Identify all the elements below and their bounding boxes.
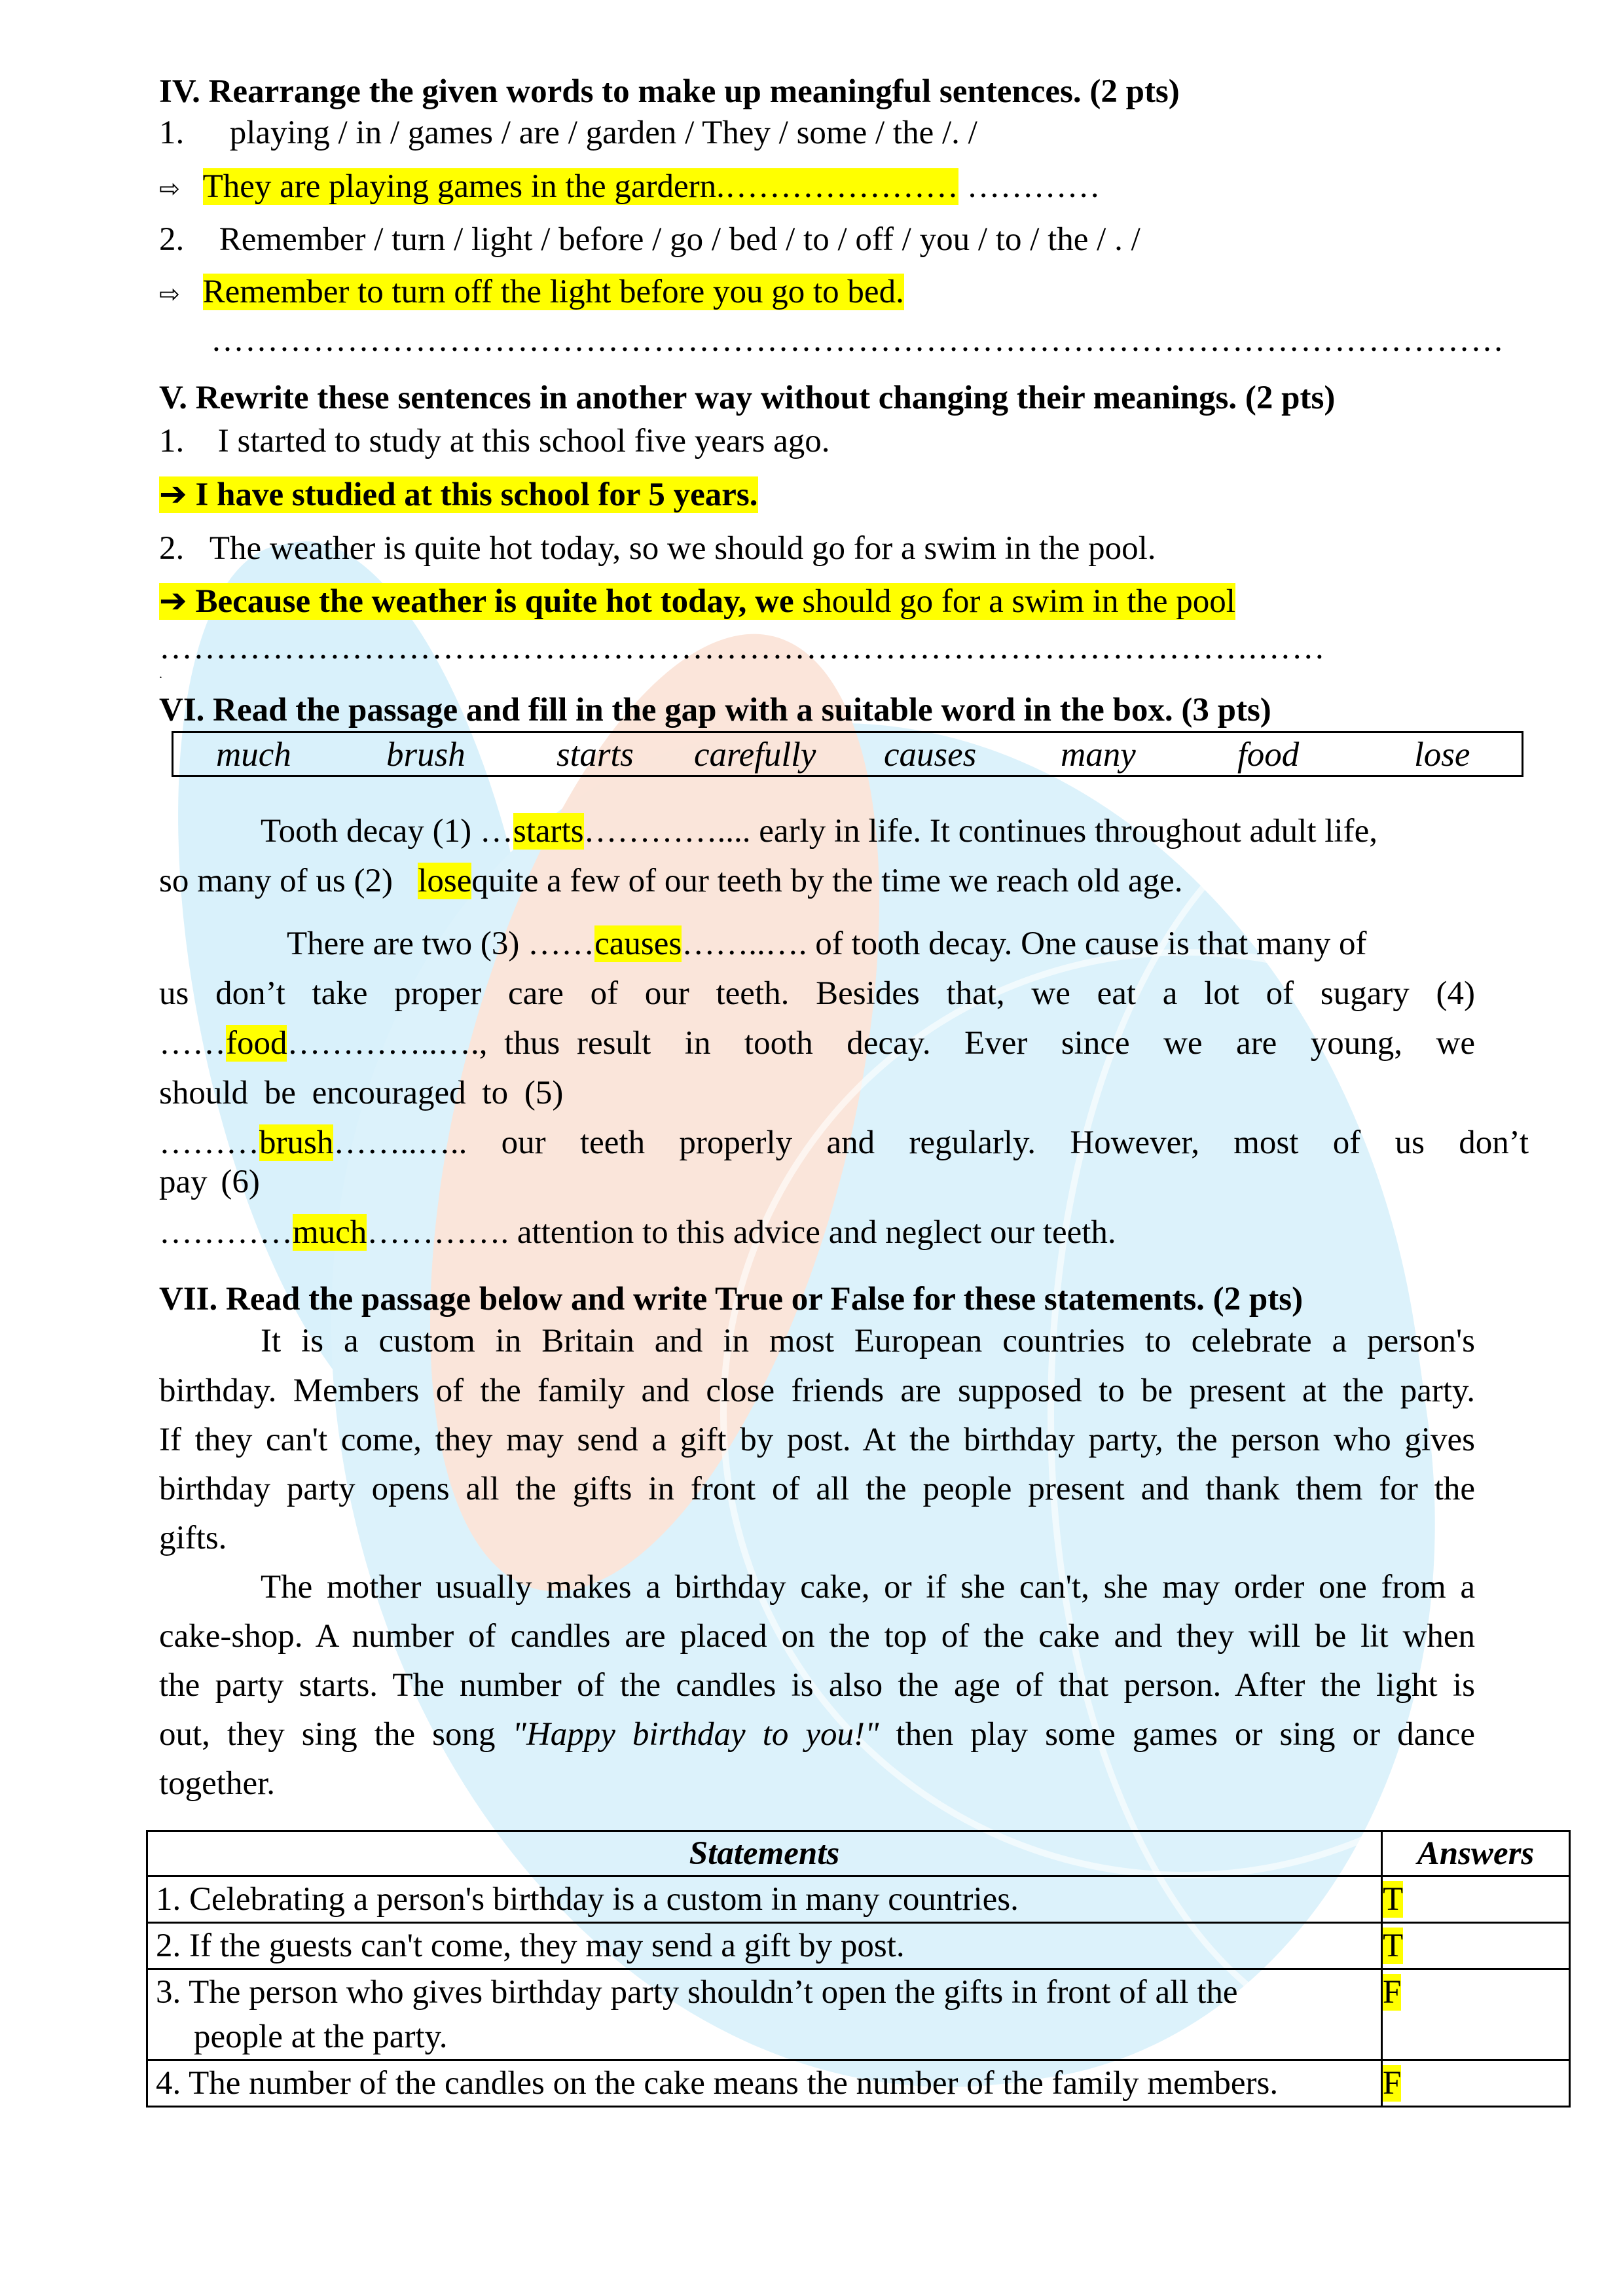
arrow-right-outline-icon: ⇨ <box>159 279 180 308</box>
text: Tooth decay (1) … <box>261 813 513 850</box>
passage-line: pay (6) <box>159 1162 260 1202</box>
table-row: 2. If the guests can't come, they may se… <box>147 1923 1570 1969</box>
dotted-line: …………………………………………………………………………………………………… <box>211 321 1504 360</box>
passage-line: Tooth decay (1) …starts………….... early in… <box>261 812 1377 851</box>
filled-answer: food <box>226 1025 287 1062</box>
text: There are two (3) …… <box>287 925 594 962</box>
section-v-heading: V. Rewrite these sentences in another wa… <box>159 378 1335 418</box>
passage-line: together. <box>159 1764 275 1803</box>
item-number: 1. <box>159 423 184 459</box>
filled-answer: causes <box>594 925 682 962</box>
arrow-right-icon: ➔ <box>159 582 187 620</box>
answer-cell[interactable]: F <box>1382 1969 1570 2060</box>
passage-line: so many of us (2) losequite a few of our… <box>159 861 1183 901</box>
word-box: much brush starts carefully causes many … <box>172 731 1523 777</box>
worksheet-page: IV. Rearrange the given words to make up… <box>0 0 1623 2296</box>
answer-cell[interactable]: T <box>1382 1923 1570 1969</box>
word-box-item: lose <box>1414 735 1470 774</box>
passage-line: birthday party opens all the gifts in fr… <box>159 1469 1475 1509</box>
section-iv-item-2: 2. Remember / turn / light / before / go… <box>159 220 1140 259</box>
table-header-row: Statements Answers <box>147 1831 1570 1876</box>
answer-text: Remember to turn off the light before yo… <box>203 274 904 310</box>
text: out, they sing the song <box>159 1716 512 1753</box>
answer-text: I have studied at this school for 5 year… <box>195 476 757 513</box>
filled-answer: lose <box>418 863 471 899</box>
word-box-item: starts <box>556 735 634 774</box>
passage-line: ……food…………..…., thus result in tooth dec… <box>159 1024 1475 1063</box>
filled-answer: much <box>293 1214 367 1251</box>
item-prompt: The weather is quite hot today, so we sh… <box>210 530 1156 567</box>
statement-cell: 1. Celebrating a person's birthday is a … <box>147 1876 1382 1923</box>
statement-text-cont: people at the party. <box>156 2015 1373 2059</box>
answer-value: T <box>1383 1881 1403 1918</box>
answer-value: F <box>1383 1974 1401 2011</box>
dotted-line: …………………………………………………………………………………….…… <box>159 628 1326 668</box>
text: ……..…. of tooth decay. One cause is that… <box>682 925 1366 962</box>
passage-line: the party starts. The number of the cand… <box>159 1666 1475 1705</box>
passage-line: gifts. <box>159 1518 227 1558</box>
section-iv-answer-1: ⇨ They are playing games in the gardern.… <box>159 167 1101 208</box>
section-v-item-1: 1. I started to study at this school fiv… <box>159 422 830 461</box>
passage-line: If they can't come, they may send a gift… <box>159 1420 1475 1460</box>
section-v-answer-1: ➔ I have studied at this school for 5 ye… <box>159 475 758 514</box>
song-title: "Happy birthday to you!" <box>512 1716 879 1753</box>
passage-line: There are two (3) ……causes……..…. of toot… <box>287 924 1366 963</box>
section-iv-answer-2: ⇨ Remember to turn off the light before … <box>159 272 904 314</box>
word-box-item: brush <box>386 735 465 774</box>
answer-value: T <box>1383 1928 1403 1964</box>
text: ………… <box>159 1214 293 1251</box>
passage-line: birthday. Members of the family and clos… <box>159 1371 1475 1410</box>
passage-line: should be encouraged to (5) <box>159 1073 563 1113</box>
text: so many of us (2) <box>159 863 418 899</box>
item-number: 2. <box>159 221 184 258</box>
arrow-right-icon: ➔ <box>159 475 187 514</box>
answer-cell[interactable]: T <box>1382 1876 1570 1923</box>
header-statements: Statements <box>147 1831 1382 1876</box>
table-row: 1. Celebrating a person's birthday is a … <box>147 1876 1570 1923</box>
section-iv-item-1: 1. playing / in / games / are / garden /… <box>159 113 977 152</box>
word-box-item: food <box>1237 735 1299 774</box>
word-box-item: many <box>1061 735 1136 774</box>
answer-value: F <box>1383 2065 1401 2102</box>
header-answers: Answers <box>1382 1831 1570 1876</box>
passage-line: out, they sing the song "Happy birthday … <box>159 1715 1475 1754</box>
section-v-answer-2: ➔ Because the weather is quite hot today… <box>159 582 1235 621</box>
statement-cell: 2. If the guests can't come, they may se… <box>147 1923 1382 1969</box>
item-prompt: I started to study at this school five y… <box>218 423 830 459</box>
word-box-item: much <box>216 735 291 774</box>
passage-line: cake-shop. A number of candles are place… <box>159 1617 1475 1656</box>
true-false-table: Statements Answers 1. Celebrating a pers… <box>146 1830 1571 2108</box>
passage-line: The mother usually makes a birthday cake… <box>261 1568 1475 1607</box>
text: ………….... early in life. It continues thr… <box>584 813 1377 850</box>
text: ……..….. our teeth properly and regularly… <box>333 1124 1529 1161</box>
section-vii-heading: VII. Read the passage below and write Tr… <box>159 1280 1303 1319</box>
passage-line: …………much…………. attention to this advice a… <box>159 1213 1116 1252</box>
section-iv-heading: IV. Rearrange the given words to make up… <box>159 72 1180 111</box>
text: …………..…., thus result in tooth decay. Ev… <box>287 1025 1475 1062</box>
text: …… <box>159 1025 226 1062</box>
text: quite a few of our teeth by the time we … <box>471 863 1182 899</box>
statement-cell: 4. The number of the candles on the cake… <box>147 2060 1382 2107</box>
filled-answer: starts <box>513 813 584 850</box>
section-vi-heading: VI. Read the passage and fill in the gap… <box>159 691 1271 730</box>
answer-dots: ………… <box>958 168 1101 205</box>
text: ……… <box>159 1124 259 1161</box>
answer-text-regular: should go for a swim in the pool <box>794 583 1235 620</box>
text: …………. attention to this advice and negle… <box>367 1214 1116 1251</box>
item-prompt: Remember / turn / light / before / go / … <box>219 221 1140 258</box>
passage-line: ………brush……..….. our teeth properly and r… <box>159 1123 1529 1162</box>
text: then play some games or sing or dance <box>879 1716 1475 1753</box>
item-number: 2. <box>159 530 184 567</box>
stray-dot: . <box>159 655 162 694</box>
table-row: 3. The person who gives birthday party s… <box>147 1969 1570 2060</box>
section-v-item-2: 2. The weather is quite hot today, so we… <box>159 529 1156 568</box>
passage-line: us don’t take proper care of our teeth. … <box>159 974 1475 1013</box>
filled-answer: brush <box>259 1124 333 1161</box>
statement-text: 3. The person who gives birthday party s… <box>156 1974 1238 2011</box>
item-number: 1. <box>159 115 184 151</box>
item-prompt: playing / in / games / are / garden / Th… <box>230 115 977 151</box>
passage-line: It is a custom in Britain and in most Eu… <box>261 1321 1475 1361</box>
word-box-item: carefully <box>694 735 816 774</box>
answer-text: They are playing games in the gardern.……… <box>203 168 958 205</box>
answer-text-bold: Because the weather is quite hot today, … <box>195 583 793 620</box>
word-box-item: causes <box>884 735 976 774</box>
statement-cell: 3. The person who gives birthday party s… <box>147 1969 1382 2060</box>
table-row: 4. The number of the candles on the cake… <box>147 2060 1570 2107</box>
answer-cell[interactable]: F <box>1382 2060 1570 2107</box>
arrow-right-outline-icon: ⇨ <box>159 174 180 203</box>
